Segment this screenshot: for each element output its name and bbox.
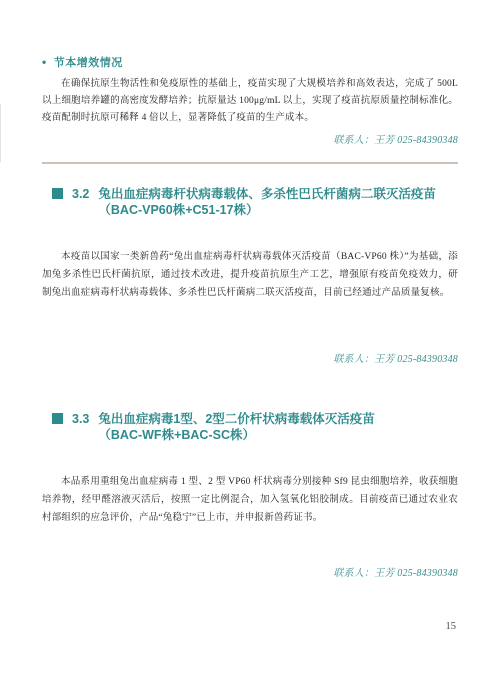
section-title: 兔出血症病毒杆状病毒载体、多杀性巴氏杆菌病二联灭活疫苗 <box>98 187 436 201</box>
section-heading-3-2: 3.2 兔出血症病毒杆状病毒载体、多杀性巴氏杆菌病二联灭活疫苗 （BAC-VP6… <box>52 186 452 218</box>
left-edge-scan-artifact <box>0 104 1 162</box>
subsection-heading-cost-efficiency: • 节本增效情况 <box>42 54 123 70</box>
section-title: 兔出血症病毒1型、2型二价杆状病毒载体灭活疫苗 <box>98 412 374 426</box>
bullet-dot-icon: • <box>42 56 47 68</box>
document-page: • 节本增效情况 在确保抗原生物活性和免疫原性的基础上，疫苗实现了大规模培养和高… <box>0 0 500 678</box>
section-square-icon <box>52 413 63 424</box>
subsection-title: 节本增效情况 <box>54 54 123 70</box>
section-number: 3.3 <box>72 411 89 427</box>
paragraph-section-3-2: 本疫苗以国家一类新兽药“兔出血症病毒杆状病毒载体灭活疫苗（BAC-VP60 株）… <box>42 248 458 302</box>
page-number: 15 <box>446 621 457 632</box>
section-number: 3.2 <box>72 186 89 202</box>
section-square-icon <box>52 188 63 199</box>
horizontal-divider <box>42 162 458 164</box>
contact-line: 联系人：王芳 025-84390348 <box>333 564 458 579</box>
section-subtitle: （BAC-WF株+BAC-SC株） <box>98 428 255 442</box>
section-heading-3-3: 3.3 兔出血症病毒1型、2型二价杆状病毒载体灭活疫苗 （BAC-WF株+BAC… <box>52 411 452 443</box>
section-subtitle: （BAC-VP60株+C51-17株） <box>98 203 258 217</box>
section-title-block: 兔出血症病毒1型、2型二价杆状病毒载体灭活疫苗 （BAC-WF株+BAC-SC株… <box>98 411 452 443</box>
contact-line: 联系人：王芳 025-84390348 <box>333 131 458 146</box>
section-title-block: 兔出血症病毒杆状病毒载体、多杀性巴氏杆菌病二联灭活疫苗 （BAC-VP60株+C… <box>98 186 452 218</box>
paragraph-cost-efficiency: 在确保抗原生物活性和免疫原性的基础上，疫苗实现了大规模培养和高效表达，完成了 5… <box>42 76 458 127</box>
contact-line: 联系人：王芳 025-84390348 <box>333 350 458 365</box>
paragraph-section-3-3: 本品系用重组兔出血症病毒 1 型、2 型 VP60 杆状病毒分别接种 Sf9 昆… <box>42 473 458 527</box>
